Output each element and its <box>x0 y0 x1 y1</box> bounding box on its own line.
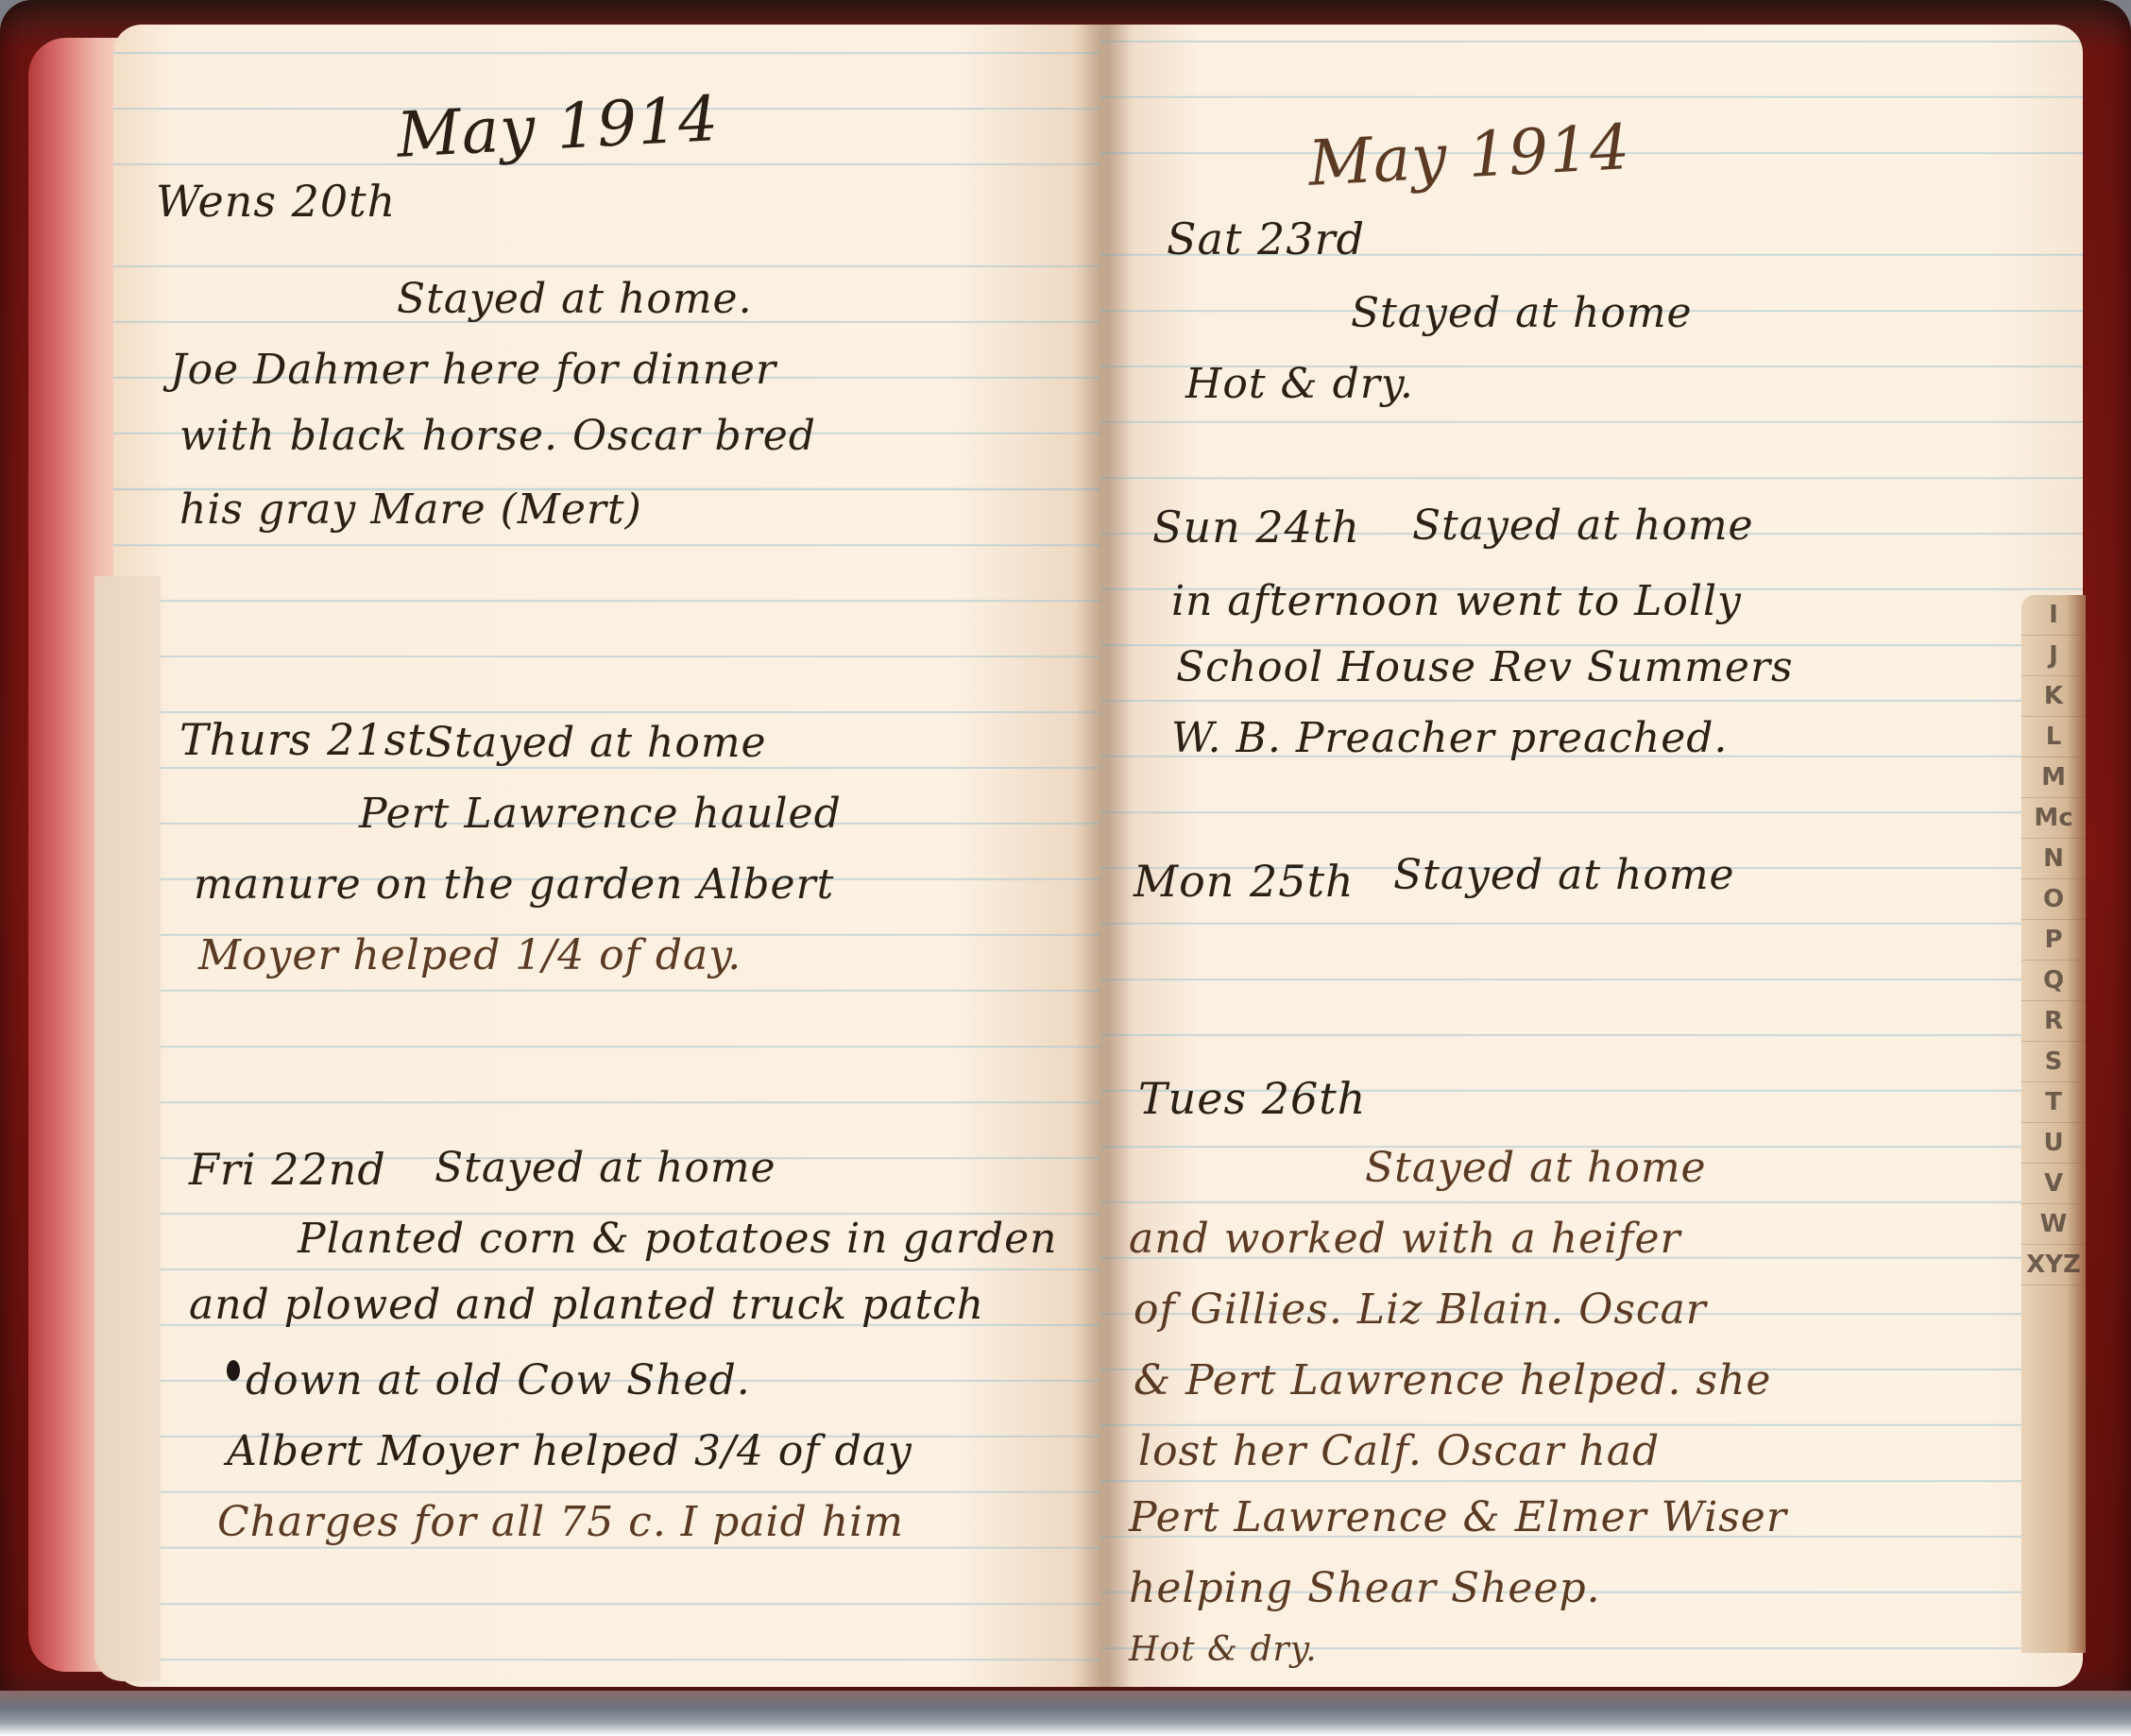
entry-line: with black horse. Oscar bred <box>179 412 816 460</box>
entry-line: Pert Lawrence & Elmer Wiser <box>1129 1493 1787 1541</box>
entry-line: Pert Lawrence hauled <box>359 790 842 838</box>
ink-blot <box>227 1360 240 1381</box>
index-tab[interactable]: M <box>2021 757 2086 798</box>
book-spine-gutter <box>1077 25 1134 1687</box>
entry-date: Sun 24th <box>1152 502 1360 553</box>
entry-line: Stayed at home <box>1351 289 1693 337</box>
entry-line: Joe Dahmer here for dinner <box>170 346 776 394</box>
index-tab[interactable]: L <box>2021 717 2086 757</box>
entry-date: Wens 20th <box>156 176 396 227</box>
index-tab[interactable]: K <box>2021 676 2086 717</box>
entry-line: down at old Cow Shed. <box>246 1356 751 1404</box>
index-tab[interactable]: N <box>2021 839 2086 879</box>
index-tab[interactable]: XYZ <box>2021 1245 2086 1285</box>
entry-date: Thurs 21st <box>179 714 426 765</box>
entry-date: Tues 26th <box>1138 1073 1366 1124</box>
entry-line: in afternoon went to Lolly <box>1171 577 1742 625</box>
entry-line: Hot & dry. <box>1185 360 1414 408</box>
index-tab[interactable]: V <box>2021 1164 2086 1204</box>
entry-date: Mon 25th <box>1134 856 1355 907</box>
entry-line: of Gillies. Liz Blain. Oscar <box>1134 1285 1707 1334</box>
entry-date: Fri 22nd <box>189 1144 386 1195</box>
entry-date: Sat 23rd <box>1167 213 1365 264</box>
index-tab[interactable]: J <box>2021 636 2086 676</box>
alphabet-index-tabs: I J K L M Mc N O P Q R S T U V W XYZ <box>2021 595 2086 1653</box>
index-tab[interactable]: Mc <box>2021 798 2086 839</box>
entry-line: Stayed at home <box>1393 851 1735 899</box>
entry-line: Stayed at home <box>425 719 767 767</box>
index-tab[interactable]: P <box>2021 920 2086 961</box>
entry-line: Stayed at home <box>1365 1144 1707 1192</box>
index-tab[interactable]: S <box>2021 1042 2086 1082</box>
entry-line: Albert Moyer helped 3/4 of day <box>227 1427 912 1475</box>
scanner-bed-edge <box>0 1691 2131 1736</box>
entry-line: W. B. Preacher preached. <box>1171 714 1728 762</box>
entry-line: Hot & dry. <box>1129 1630 1318 1669</box>
entry-line: lost her Calf. Oscar had <box>1138 1427 1660 1475</box>
entry-line: manure on the garden Albert <box>194 860 834 909</box>
page-block-edge-lower <box>94 576 161 1681</box>
index-tab[interactable]: T <box>2021 1082 2086 1123</box>
left-page: May 1914 Wens 20th Stayed at home. Joe D… <box>113 25 1100 1687</box>
entry-line: helping Shear Sheep. <box>1129 1564 1601 1612</box>
index-tab[interactable]: O <box>2021 879 2086 920</box>
entry-line: Stayed at home. <box>397 275 753 323</box>
entry-line: his gray Mare (Mert) <box>179 485 642 534</box>
entry-line: & Pert Lawrence helped. she <box>1134 1356 1771 1404</box>
entry-line: Stayed at home <box>1412 502 1754 550</box>
index-tab[interactable]: I <box>2021 595 2086 636</box>
entry-line: Charges for all 75 c. I paid him <box>217 1498 904 1546</box>
index-tab[interactable]: U <box>2021 1123 2086 1164</box>
entry-line: Planted corn & potatoes in garden <box>298 1215 1057 1263</box>
entry-line: School House Rev Summers <box>1176 643 1794 691</box>
index-tab[interactable]: R <box>2021 1001 2086 1042</box>
index-tab[interactable]: W <box>2021 1204 2086 1245</box>
entry-line: and plowed and planted truck patch <box>189 1281 984 1329</box>
right-page: May 1914 Sat 23rd Stayed at home Hot & d… <box>1100 25 2083 1687</box>
entry-line: Moyer helped 1/4 of day. <box>198 931 742 979</box>
entry-line: Stayed at home <box>435 1144 776 1192</box>
index-tab[interactable]: Q <box>2021 961 2086 1001</box>
entry-line: and worked with a heifer <box>1129 1215 1681 1263</box>
